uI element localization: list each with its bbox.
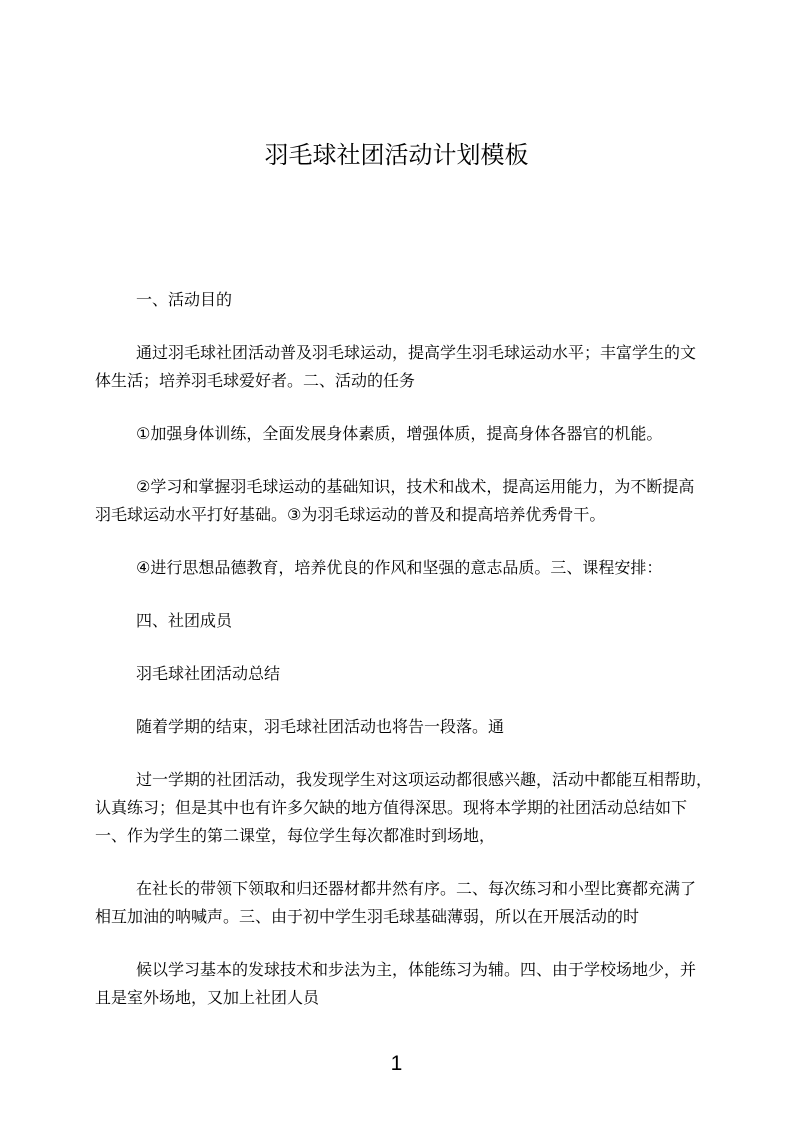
text-line: 过一学期的社团活动，我发现学生对这项运动都很感兴趣，活动中都能互相帮助，: [95, 767, 714, 795]
text-line: 且是室外场地，又加上社团人员: [95, 985, 714, 1013]
paragraph: 四、社团成员: [95, 608, 714, 636]
text-line: 在社长的带领下领取和归还器材都井然有序。二、每次练习和小型比赛都充满了: [95, 876, 714, 904]
paragraph: 一、活动目的: [95, 287, 714, 315]
paragraph: ②学习和掌握羽毛球运动的基础知识，技术和战术，提高运用能力，为不断提高羽毛球运动…: [95, 474, 714, 530]
paragraph: 在社长的带领下领取和归还器材都井然有序。二、每次练习和小型比赛都充满了相互加油的…: [95, 876, 714, 932]
paragraph: 过一学期的社团活动，我发现学生对这项运动都很感兴趣，活动中都能互相帮助，认真练习…: [95, 767, 714, 851]
text-line: 一、活动目的: [95, 287, 714, 315]
paragraph: ④进行思想品德教育，培养优良的作风和坚强的意志品质。三、课程安排：: [95, 555, 714, 583]
text-line: 四、社团成员: [95, 608, 714, 636]
document-page: 羽毛球社团活动计划模板 一、活动目的通过羽毛球社团活动普及羽毛球运动，提高学生羽…: [0, 0, 793, 1122]
paragraph: 羽毛球社团活动总结: [95, 661, 714, 689]
text-line: 候以学习基本的发球技术和步法为主，体能练习为辅。四、由于学校场地少，并: [95, 957, 714, 985]
document-body: 一、活动目的通过羽毛球社团活动普及羽毛球运动，提高学生羽毛球运动水平；丰富学生的…: [0, 171, 793, 1013]
paragraph: ①加强身体训练，全面发展身体素质，增强体质，提高身体各器官的机能。: [95, 421, 714, 449]
document-title: 羽毛球社团活动计划模板: [0, 0, 793, 171]
text-line: 羽毛球社团活动总结: [95, 661, 714, 689]
paragraph: 通过羽毛球社团活动普及羽毛球运动，提高学生羽毛球运动水平；丰富学生的文体生活；培…: [95, 340, 714, 396]
text-line: 通过羽毛球社团活动普及羽毛球运动，提高学生羽毛球运动水平；丰富学生的文: [95, 340, 714, 368]
paragraph: 候以学习基本的发球技术和步法为主，体能练习为辅。四、由于学校场地少，并且是室外场…: [95, 957, 714, 1013]
text-line: 羽毛球运动水平打好基础。③为羽毛球运动的普及和提高培养优秀骨干。: [95, 502, 714, 530]
paragraph: 随着学期的结束，羽毛球社团活动也将告一段落。通: [95, 714, 714, 742]
text-line: 体生活；培养羽毛球爱好者。二、活动的任务: [95, 368, 714, 396]
text-line: 相互加油的呐喊声。三、由于初中学生羽毛球基础薄弱，所以在开展活动的时: [95, 904, 714, 932]
text-line: ②学习和掌握羽毛球运动的基础知识，技术和战术，提高运用能力，为不断提高: [95, 474, 714, 502]
text-line: 随着学期的结束，羽毛球社团活动也将告一段落。通: [95, 714, 714, 742]
text-line: ④进行思想品德教育，培养优良的作风和坚强的意志品质。三、课程安排：: [95, 555, 714, 583]
page-number: 1: [0, 1053, 793, 1075]
text-line: 认真练习；但是其中也有许多欠缺的地方值得深思。现将本学期的社团活动总结如下: [95, 795, 714, 823]
text-line: 一、作为学生的第二课堂，每位学生每次都准时到场地，: [95, 823, 714, 851]
text-line: ①加强身体训练，全面发展身体素质，增强体质，提高身体各器官的机能。: [95, 421, 714, 449]
